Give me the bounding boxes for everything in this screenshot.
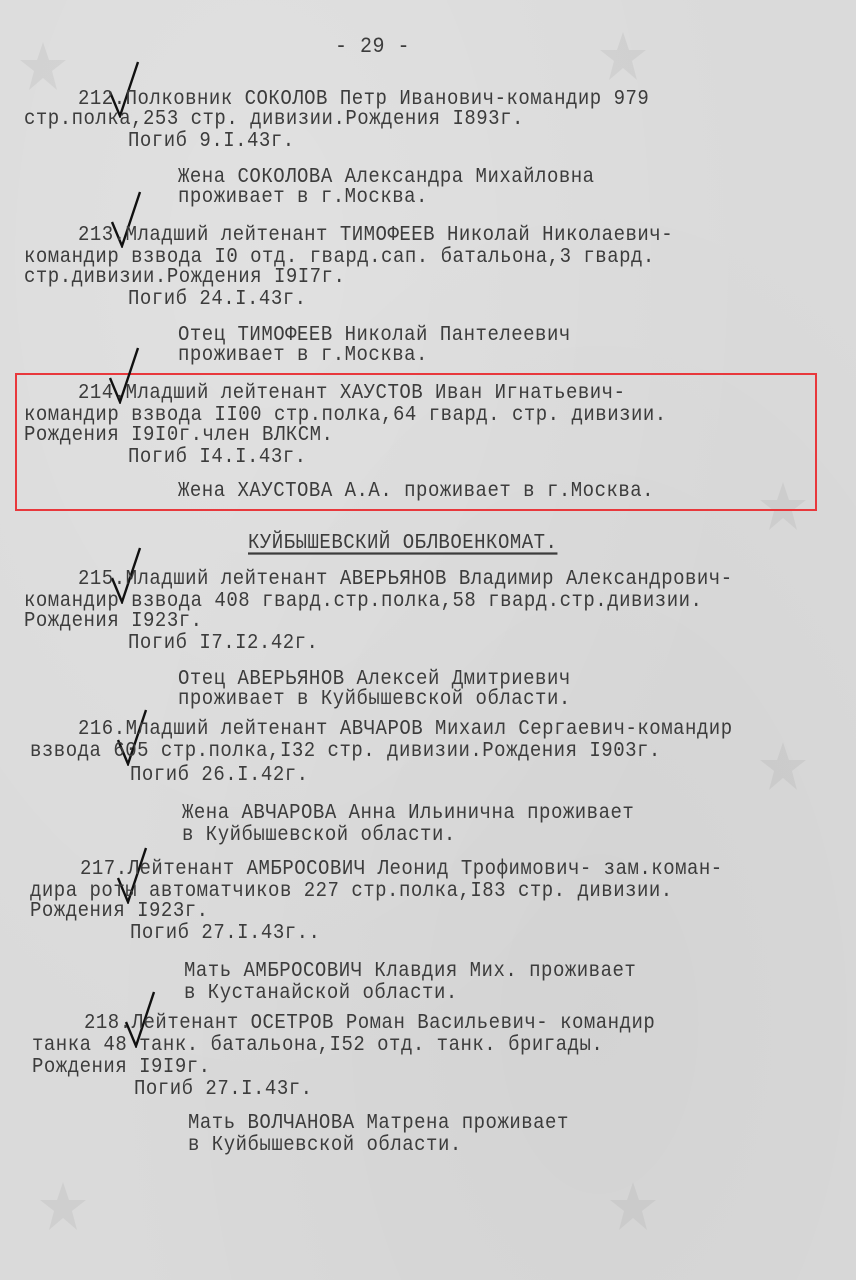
- entry-213-line-1: 213.Младший лейтенант ТИМОФЕЕВ Николай Н…: [78, 222, 673, 247]
- entry-215-line-1: 215.Младший лейтенант АВЕРЬЯНОВ Владимир…: [78, 566, 733, 591]
- entry-213-line-3: стр.дивизии.Рождения I9I7г.: [24, 264, 345, 289]
- entry-212-line-2: стр.полка,253 стр. дивизии.Рождения I893…: [24, 106, 524, 131]
- entry-216-line-1: 216.Младший лейтенант АВЧАРОВ Михаил Сер…: [78, 716, 733, 741]
- entry-216-relative-2: в Куйбышевской области.: [182, 822, 456, 847]
- watermark-star-icon: [40, 1180, 86, 1234]
- entry-217-line-3: Рождения I923г.: [30, 898, 209, 923]
- watermark-star-icon: [760, 740, 806, 794]
- entry-217-relative-1: Мать АМБРОСОВИЧ Клавдия Мих. проживает: [184, 958, 636, 983]
- entry-217-died: Погиб 27.I.43г..: [130, 920, 320, 945]
- entry-212-died: Погиб 9.I.43г.: [128, 128, 295, 153]
- entry-215-died: Погиб I7.I2.42г.: [128, 630, 318, 655]
- entry-216-died: Погиб 26.I.42г.: [130, 762, 309, 787]
- entry-217-relative-2: в Кустанайской области.: [184, 980, 458, 1005]
- watermark-star-icon: [600, 30, 646, 84]
- entry-218-line-3: Рождения I9I9г.: [32, 1054, 211, 1079]
- entry-214-relative-1: Жена ХАУСТОВА А.А. проживает в г.Москва.: [178, 478, 654, 503]
- entry-214-died: Погиб I4.I.43г.: [128, 444, 307, 469]
- entry-218-relative-2: в Куйбышевской области.: [188, 1132, 462, 1157]
- page-number: - 29 -: [335, 34, 410, 60]
- watermark-star-icon: [20, 40, 66, 94]
- entry-217-line-1: 217.Лейтенант АМБРОСОВИЧ Леонид Трофимов…: [80, 856, 723, 881]
- entry-215-line-3: Рождения I923г.: [24, 608, 203, 633]
- entry-216-line-2: взвода 605 стр.полка,I32 стр. дивизии.Ро…: [30, 738, 661, 763]
- entry-215-relative-2: проживает в Куйбышевской области.: [178, 686, 571, 711]
- entry-214-line-3: Рождения I9I0г.член ВЛКСМ.: [24, 422, 333, 447]
- entry-218-line-1: 218.Лейтенант ОСЕТРОВ Роман Васильевич- …: [84, 1010, 655, 1035]
- entry-216-relative-1: Жена АВЧАРОВА Анна Ильинична проживает: [182, 800, 634, 825]
- entry-218-died: Погиб 27.I.43г.: [134, 1076, 313, 1101]
- document-page: - 29 - 212.Полковник СОКОЛОВ Петр Иванов…: [0, 0, 856, 1280]
- entry-213-died: Погиб 24.I.43г.: [128, 286, 307, 311]
- watermark-star-icon: [610, 1180, 656, 1234]
- entry-218-line-2: танка 48 танк. батальона,I52 отд. танк. …: [32, 1032, 603, 1057]
- entry-213-relative-2: проживает в г.Москва.: [178, 342, 428, 367]
- section-heading: КУЙБЫШЕВСКИЙ ОБЛВОЕНКОМАТ.: [248, 530, 557, 555]
- entry-218-relative-1: Мать ВОЛЧАНОВА Матрена проживает: [188, 1110, 569, 1135]
- entry-212-relative-2: проживает в г.Москва.: [178, 184, 428, 209]
- entry-214-line-1: 214.Младший лейтенант ХАУСТОВ Иван Игнат…: [78, 380, 626, 405]
